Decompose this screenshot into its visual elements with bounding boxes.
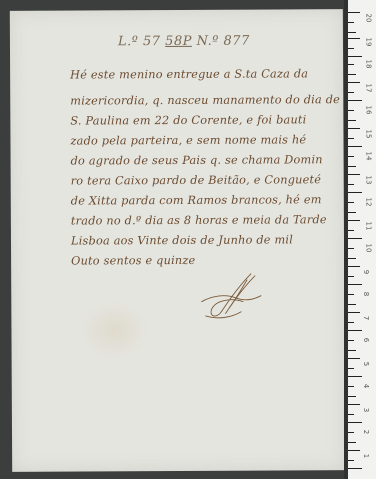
book-number: L.º 57 — [118, 34, 161, 49]
text-line: Lisboa aos Vinte dois de Junho de mil — [71, 233, 293, 247]
text-line: de Xitta parda com Ramos brancos, hé em — [71, 193, 322, 207]
paper-stain — [79, 300, 149, 360]
entry-number: N.º 877 — [197, 34, 250, 49]
text-line: Hé este menino entregue a S.ta Caza da — [70, 67, 308, 81]
document-reference-header: L.º 57 58P N.º 877 — [118, 34, 250, 50]
text-line: S. Paulina em 22 do Corente, e foi bauti — [70, 113, 306, 127]
text-line: zado pela parteira, e sem nome mais hé — [70, 133, 306, 147]
text-line: trado no d.º dia as 8 horas e meia da Ta… — [71, 213, 327, 227]
text-line: Outo sentos e quinze — [71, 254, 195, 268]
folio-number: 58P — [165, 34, 192, 49]
text-line: do agrado de seus Pais q. se chama Domin — [71, 153, 323, 167]
measurement-ruler: 20 19 18 17 16 15 14 13 12 11 10 9 8 7 6… — [348, 0, 376, 479]
signature-rubric-icon — [191, 272, 271, 322]
text-line: ro tera Caixo pardo de Beitão, e Conguet… — [71, 173, 322, 187]
manuscript-page: L.º 57 58P N.º 877 Hé este menino entreg… — [10, 9, 345, 472]
text-line: mizericordia, q. nasceu manamento do dia… — [70, 93, 340, 107]
